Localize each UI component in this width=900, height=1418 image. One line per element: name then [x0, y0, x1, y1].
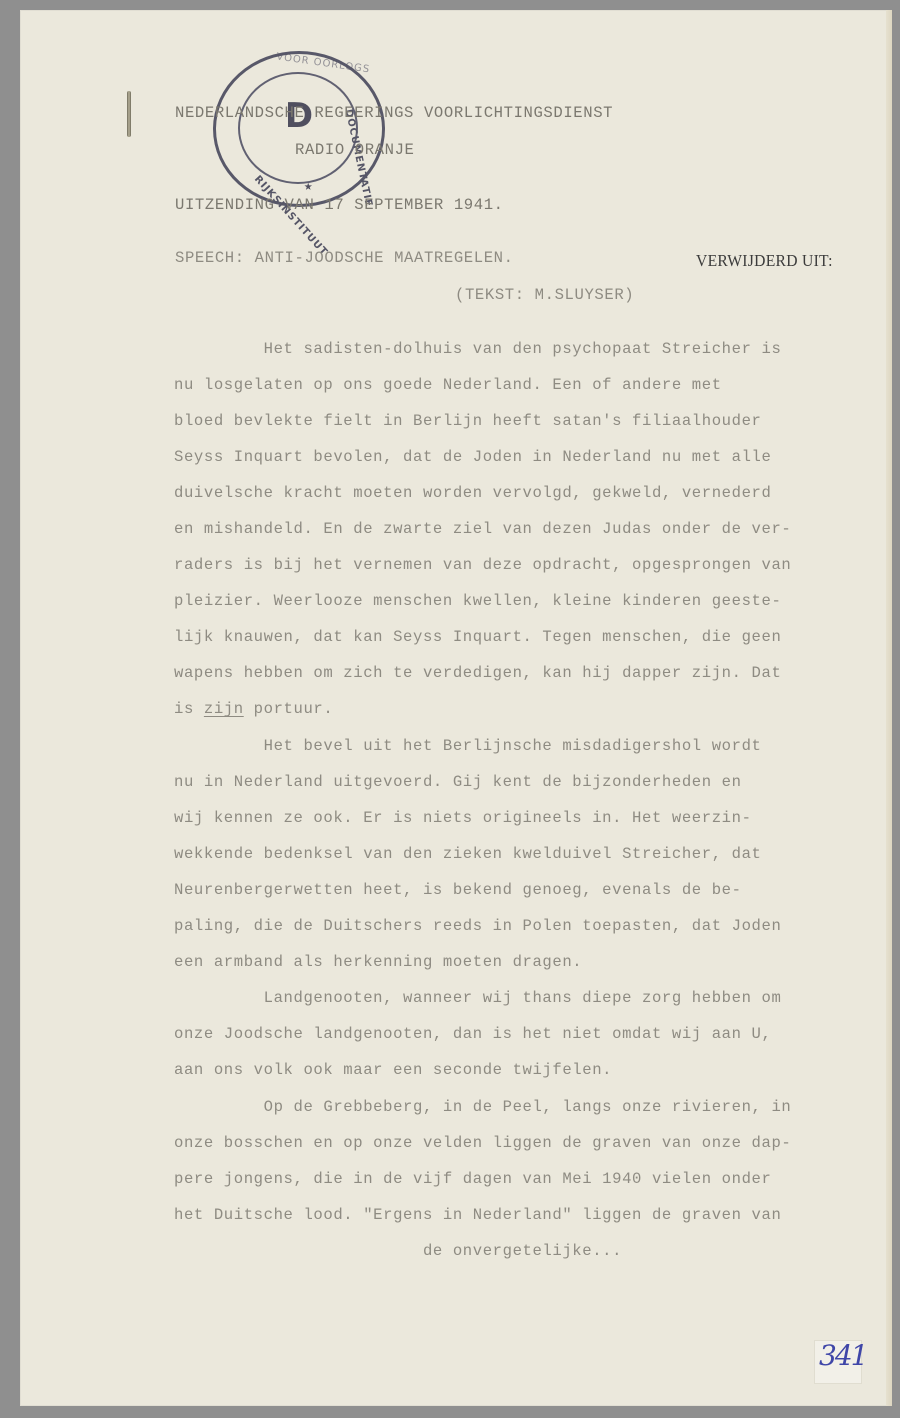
station-heading: RADIO ORANJE — [295, 141, 415, 159]
body-line: nu losgelaten op ons goede Nederland. Ee… — [174, 376, 722, 394]
body-line: raders is bij het vernemen van deze opdr… — [174, 556, 791, 574]
speech-title: SPEECH: ANTI-JOODSCHE MAATREGELEN. — [175, 249, 514, 267]
body-line-start: is — [174, 700, 204, 718]
organization-heading: NEDERLANDSCHE REGEERINGS VOORLICHTINGSDI… — [175, 104, 613, 122]
folio-number: 341 — [819, 1339, 866, 1372]
body-line: Het bevel uit het Berlijnsche misdadiger… — [174, 737, 762, 755]
stamp-ring-text-left: RIJKSINSTITUUT — [252, 174, 330, 259]
removed-from-stamp: VERWIJDERD UIT: — [696, 251, 833, 271]
body-line: Het sadisten-dolhuis van den psychopaat … — [174, 340, 781, 358]
document-page: D VOOR OORLOGS RIJKSINSTITUUT DOCUMENTAT… — [20, 10, 892, 1406]
body-line: wij kennen ze ook. Er is niets origineel… — [174, 809, 752, 827]
body-line: Op de Grebbeberg, in de Peel, langs onze… — [174, 1098, 791, 1116]
body-line: onze bosschen en op onze velden liggen d… — [174, 1134, 791, 1152]
body-line: pleizier. Weerlooze menschen kwellen, kl… — [174, 592, 781, 610]
body-line: Landgenooten, wanneer wij thans diepe zo… — [174, 989, 781, 1007]
body-line: wapens hebben om zich te verdedigen, kan… — [174, 664, 781, 682]
body-line: is zijn portuur. — [174, 700, 333, 718]
body-line: lijk knauwen, dat kan Seyss Inquart. Teg… — [174, 628, 781, 646]
body-line: wekkende bedenksel van den zieken kweldu… — [174, 845, 762, 863]
star-icon: ★ — [304, 178, 312, 195]
body-line: het Duitsche lood. "Ergens in Nederland"… — [174, 1206, 781, 1224]
body-line: onze Joodsche landgenooten, dan is het n… — [174, 1025, 771, 1043]
author-credit: (TEKST: M.SLUYSER) — [455, 286, 634, 304]
body-line-end: portuur. — [244, 700, 334, 718]
staple — [127, 91, 131, 137]
body-line: aan ons volk ook maar een seconde twijfe… — [174, 1061, 612, 1079]
body-line: bloed bevlekte fielt in Berlijn heeft sa… — [174, 412, 762, 430]
archive-stamp: D VOOR OORLOGS RIJKSINSTITUUT DOCUMENTAT… — [213, 51, 385, 207]
body-line: duivelsche kracht moeten worden vervolgd… — [174, 484, 771, 502]
body-line: de onvergetelijke... — [174, 1242, 622, 1260]
folio-label: 341 — [814, 1340, 862, 1384]
body-line: nu in Nederland uitgevoerd. Gij kent de … — [174, 773, 742, 791]
underlined-word: zijn — [204, 700, 244, 718]
body-line: Seyss Inquart bevolen, dat de Joden in N… — [174, 448, 771, 466]
body-line: paling, die de Duitschers reeds in Polen… — [174, 917, 781, 935]
body-line: Neurenbergerwetten heet, is bekend genoe… — [174, 881, 742, 899]
body-line: pere jongens, die in de vijf dagen van M… — [174, 1170, 771, 1188]
body-line: een armband als herkenning moeten dragen… — [174, 953, 582, 971]
broadcast-date: UITZENDING VAN 17 SEPTEMBER 1941. — [175, 196, 504, 214]
body-line: en mishandeld. En de zwarte ziel van dez… — [174, 520, 791, 538]
